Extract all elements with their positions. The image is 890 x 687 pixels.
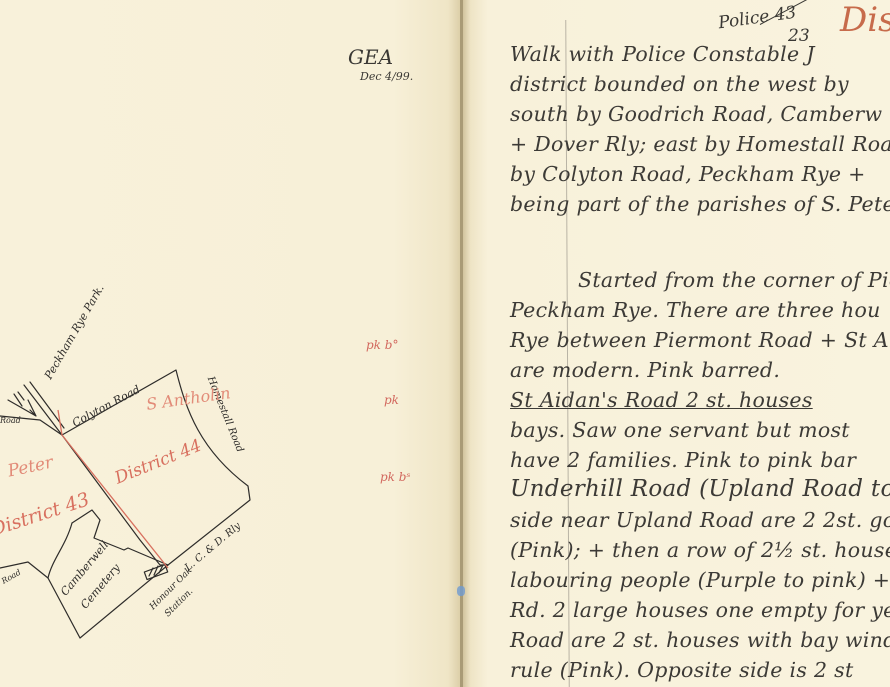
- text-line: have 2 families. Pink to pink bar: [510, 448, 856, 472]
- text-line: + Dover Rly; east by Homestall Road: [510, 132, 890, 156]
- text-line: Walk with Police Constable J: [510, 42, 815, 66]
- street-heading: St Aidan's Road 2 st. houses: [510, 388, 813, 412]
- text-line: by Colyton Road, Peckham Rye +: [510, 162, 866, 186]
- text-line: district bounded on the west by: [510, 72, 849, 96]
- signature-date: Dec 4/99.: [360, 70, 413, 83]
- text-line: labouring people (Purple to pink) + by c…: [510, 568, 890, 592]
- text-line: Started from the corner of Pier: [578, 268, 890, 292]
- text-line: south by Goodrich Road, Camberw: [510, 102, 882, 126]
- district-heading: Dis: [840, 0, 890, 40]
- text-line: are modern. Pink barred.: [510, 358, 780, 382]
- signature: GEA: [348, 45, 393, 69]
- text-line: bays. Saw one servant but most: [510, 418, 850, 442]
- ink-blot: [457, 586, 465, 596]
- text-line: Rd. 2 large houses one empty for years.: [510, 598, 890, 622]
- street-heading: Underhill Road (Upland Road to Co: [510, 476, 890, 502]
- book-gutter: [460, 0, 463, 687]
- map-label-road-fragment: Road: [0, 416, 21, 425]
- margin-note: pk bˢ: [380, 470, 411, 484]
- margin-note: pk: [384, 393, 399, 407]
- text-line: rule (Pink). Opposite side is 2 st: [510, 658, 854, 682]
- text-line: Rye between Piermont Road + St Aidan: [510, 328, 890, 352]
- text-line: (Pink); + then a row of 2½ st. house: [510, 538, 890, 562]
- text-line: being part of the parishes of S. Peter +: [510, 192, 890, 216]
- text-line: Road are 2 st. houses with bay window.: [510, 628, 890, 652]
- text-line: side near Upland Road are 2 2st. go: [510, 508, 890, 532]
- text-line: Peckham Rye. There are three hou: [510, 298, 881, 322]
- margin-note: pk b°: [366, 338, 398, 352]
